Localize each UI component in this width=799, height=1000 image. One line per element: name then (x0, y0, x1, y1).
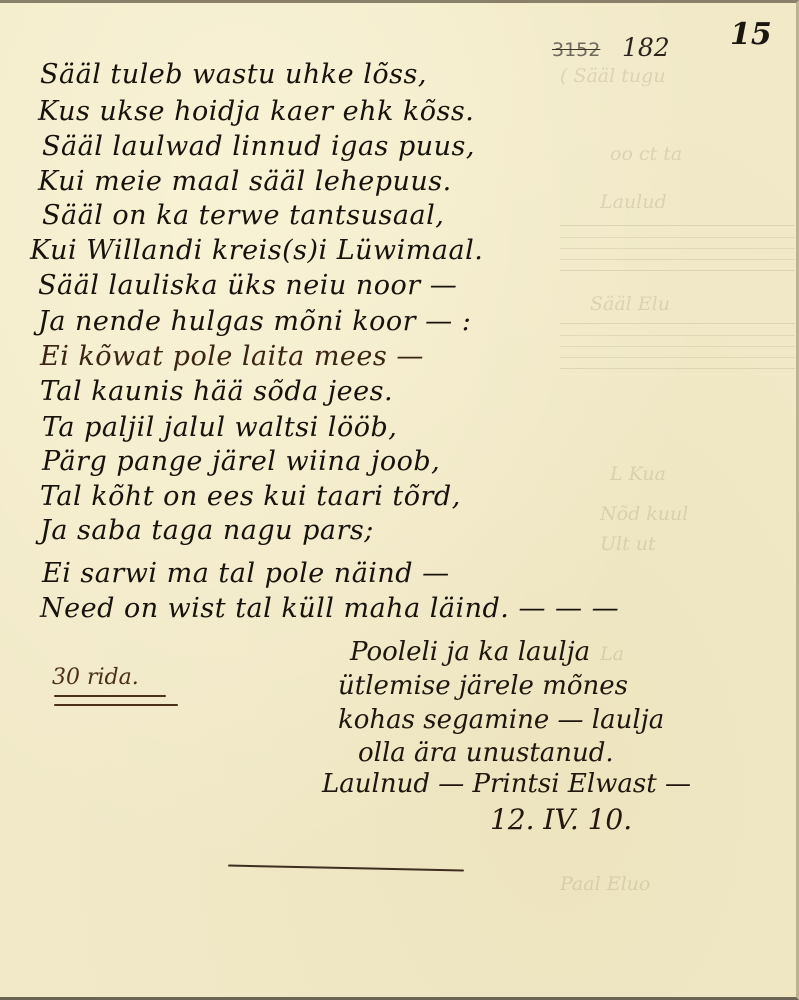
closing-rule (228, 865, 464, 872)
poem-line: Sääl on ka terwe tantsusaal, (42, 200, 444, 231)
poem-line: Kui meie maal sääl lehepuus. (38, 166, 452, 197)
bleed-through-text: L Kua (610, 463, 666, 485)
footnote-line: olla ära unustanud. (358, 738, 614, 768)
poem-line: Need on wist tal küll maha läind. — — — (40, 593, 619, 624)
footnote-line: Pooleli ja ka laulja (350, 637, 590, 667)
poem-line: Ta paljil jalul waltsi lööb, (42, 412, 397, 443)
bleed-through-staff (560, 323, 795, 369)
page-number: 15 (730, 17, 772, 52)
footnote-line: kohas segamine — laulja (338, 705, 664, 735)
bleed-through-text: Sääl Elu (590, 293, 670, 315)
poem-line: Pärg pange järel wiina joob, (42, 446, 440, 477)
note-underline (54, 695, 166, 697)
poem-line: Ei sarwi ma tal pole näind — (42, 558, 450, 589)
bleed-through-text: Paal Eluo (560, 873, 650, 895)
poem-line: Ja saba taga nagu pars; (40, 515, 374, 546)
record-date: 12. IV. 10. (490, 803, 632, 836)
bleed-through-text: Laulud (600, 191, 667, 213)
poem-line: Ja nende hulgas mõni koor — : (38, 306, 471, 337)
poem-line: Ei kõwat pole laita mees — (40, 341, 424, 372)
line-count-note: 30 rida. (52, 665, 139, 690)
bleed-through-text: ( Sääl tugu (560, 65, 666, 87)
archive-number-struck: 3152 (552, 39, 600, 61)
bleed-through-text: La (600, 643, 624, 665)
singer-signature: Laulnud — Printsi Elwast — (322, 769, 691, 799)
bleed-through-text: oo ct ta (610, 143, 682, 165)
footnote-line: ütlemise järele mõnes (338, 671, 628, 701)
poem-line: Tal kaunis hää sõda jees. (40, 376, 393, 407)
poem-line: Sääl tuleb wastu uhke lõss, (40, 59, 427, 90)
bleed-through-staff (560, 225, 795, 271)
bleed-through-text: Ult ut (600, 533, 656, 555)
note-underline (54, 704, 178, 706)
poem-line: Kui Willandi kreis(s)i Lüwimaal. (30, 235, 483, 266)
poem-line: Kus ukse hoidja kaer ehk kõss. (38, 96, 474, 127)
poem-line: Tal kõht on ees kui taari tõrd, (40, 481, 461, 512)
poem-line: Sääl laulwad linnud igas puus, (42, 131, 475, 162)
archive-number: 182 (622, 33, 670, 62)
manuscript-page: ( Sääl tugu oo ct ta Laulud Sääl Elu L K… (0, 0, 799, 1000)
poem-line: Sääl lauliska üks neiu noor — (38, 270, 457, 301)
bleed-through-text: Nõd kuul (600, 503, 688, 525)
